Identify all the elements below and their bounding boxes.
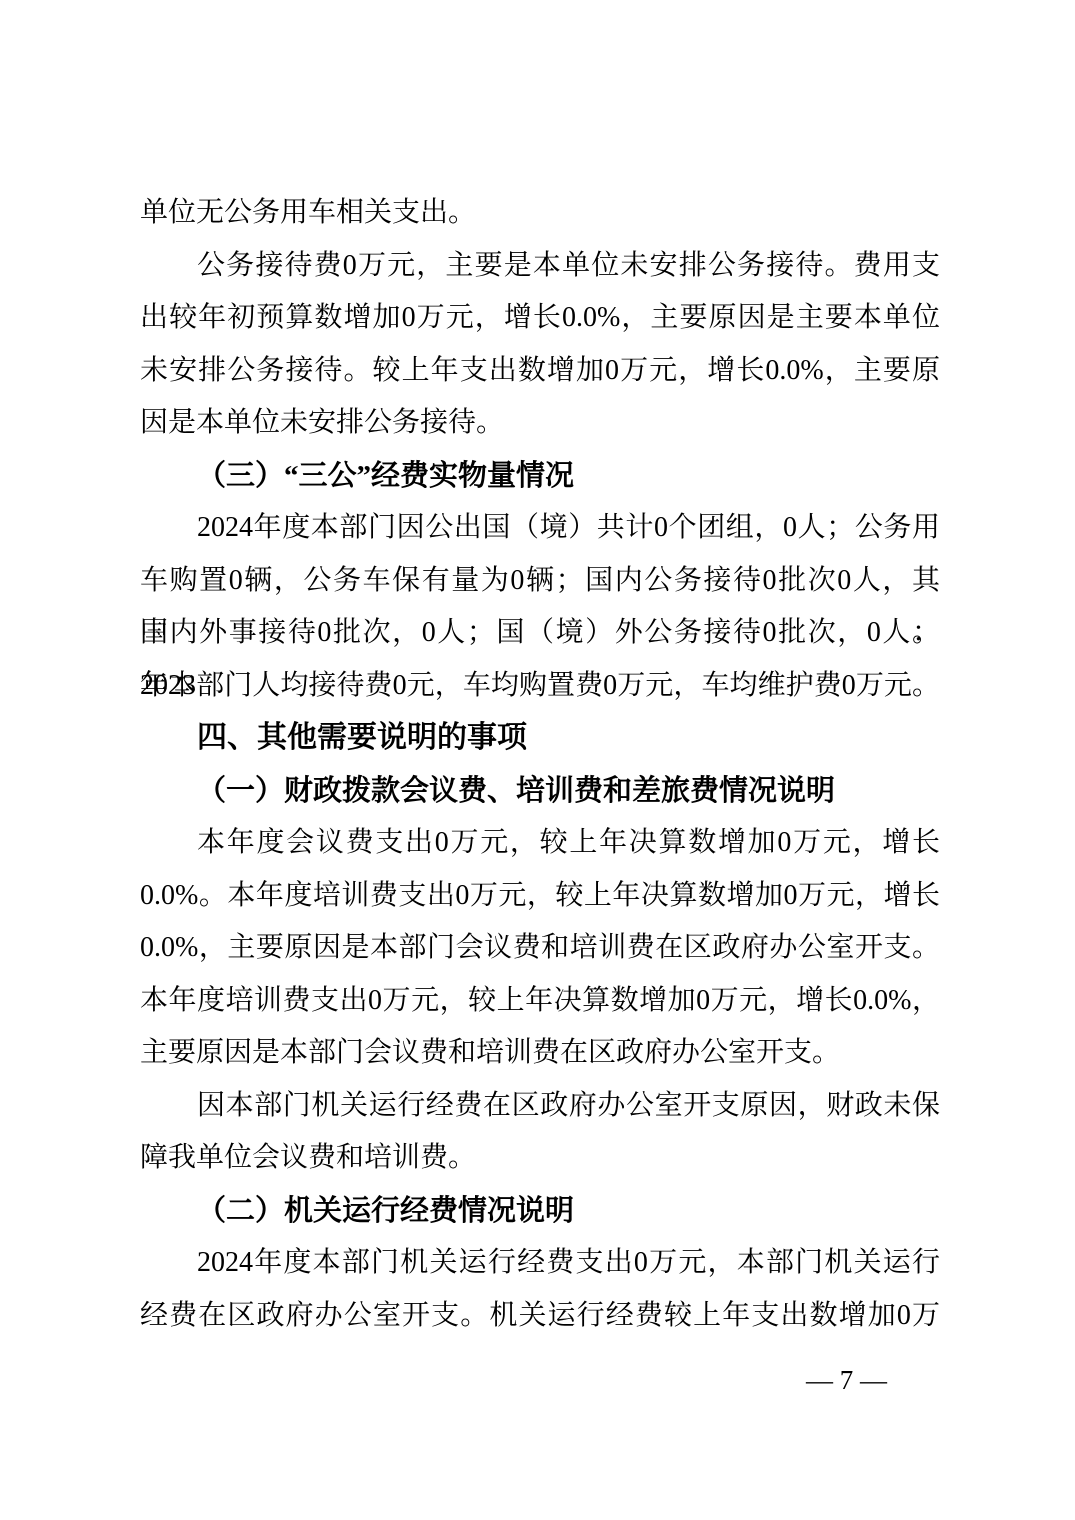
text-line: 车购置0辆，公务车保有量为0辆；国内公务接待0批次0人，其中： <box>140 555 940 608</box>
text-line: 出较年初预算数增加0万元，增长0.0%，主要原因是主要本单位 <box>140 292 940 345</box>
subheading: （一）财政拨款会议费、培训费和差旅费情况说明 <box>140 765 940 818</box>
text-line: 主要原因是本部门会议费和培训费在区政府办公室开支。 <box>140 1027 940 1080</box>
text-line: 年本部门人均接待费0元，车均购置费0万元，车均维护费0万元。 <box>140 660 940 713</box>
text-line: 公务接待费0万元，主要是本单位未安排公务接待。费用支 <box>140 240 940 293</box>
subheading: （三）“三公”经费实物量情况 <box>140 450 940 503</box>
text-line: 经费在区政府办公室开支。机关运行经费较上年支出数增加0万 <box>140 1290 940 1343</box>
text-line: 因是本单位未安排公务接待。 <box>140 397 940 450</box>
text-line: 2024年度本部门机关运行经费支出0万元，本部门机关运行 <box>140 1237 940 1290</box>
text-line: 本年度会议费支出0万元，较上年决算数增加0万元，增长 <box>140 817 940 870</box>
page: 单位无公务用车相关支出。公务接待费0万元，主要是本单位未安排公务接待。费用支出较… <box>0 0 1075 1520</box>
text-line: 因本部门机关运行经费在区政府办公室开支原因，财政未保 <box>140 1080 940 1133</box>
text-line: 2024年度本部门因公出国（境）共计0个团组，0人；公务用 <box>140 502 940 555</box>
subheading: （二）机关运行经费情况说明 <box>140 1185 940 1238</box>
section-heading: 四、其他需要说明的事项 <box>140 712 940 765</box>
text-line: 本年度培训费支出0万元，较上年决算数增加0万元，增长0.0%， <box>140 975 940 1028</box>
text-line: 单位无公务用车相关支出。 <box>140 187 940 240</box>
text-line: 障我单位会议费和培训费。 <box>140 1132 940 1185</box>
document-body: 单位无公务用车相关支出。公务接待费0万元，主要是本单位未安排公务接待。费用支出较… <box>140 187 940 1342</box>
text-line: 0.0%，主要原因是本部门会议费和培训费在区政府办公室开支。 <box>140 922 940 975</box>
text-line: 国内外事接待0批次，0人；国（境）外公务接待0批次，0人。2023 <box>140 607 940 660</box>
text-line: 未安排公务接待。较上年支出数增加0万元，增长0.0%，主要原 <box>140 345 940 398</box>
text-line: 0.0%。本年度培训费支出0万元，较上年决算数增加0万元，增长 <box>140 870 940 923</box>
page-number: — 7 — <box>806 1360 946 1400</box>
